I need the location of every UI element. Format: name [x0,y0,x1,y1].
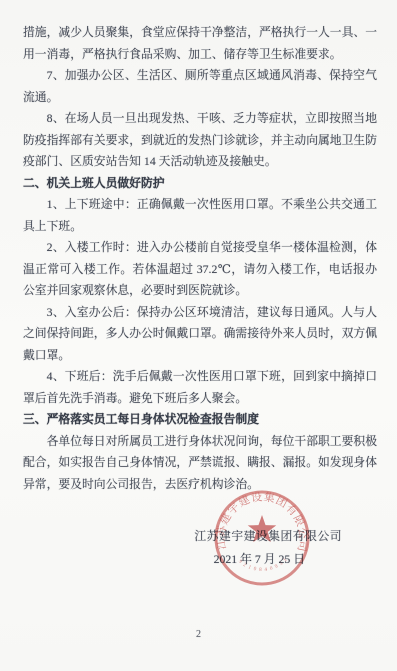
paragraph-item-1: 1、上下班途中：正确佩戴一次性医用口罩。不乘坐公共交通工具上下班。 [23,194,377,237]
paragraph-item-7: 7、加强办公区、生活区、厕所等重点区域通风消毒、保持空气流通。 [23,65,377,108]
paragraph-item-2: 2、入楼工作时：进入办公楼前自觉接受皇华一楼体温检测，体温正常可入楼工作。若体温… [23,237,377,302]
seal-code-holder: 9210840931 [237,557,289,573]
seal-code: 9210840931 [237,557,289,573]
paragraph-item-8: 8、在场人员一旦出现发热、干咳、乏力等症状，立即按照当地防疫指挥部有关要求，到就… [23,108,377,173]
paragraph-report-rule: 各单位每日对所属员工进行身体状况问询，每位干部职工要积极配合，如实报告自己身体情… [23,431,377,496]
signature-date: 2021 年 7 月 25 日 [23,549,377,571]
company-seal: 江苏建宇建设集团有限公司 9210840931 [212,488,312,588]
scanned-document-page: 措施，减少人员聚集，食堂应保持干净整洁，严格执行一人一具、一用一消毒，严格执行食… [0,0,397,671]
document-body: 措施，减少人员聚集，食堂应保持干净整洁，严格执行一人一具、一用一消毒，严格执行食… [0,0,397,571]
section-heading-2: 二、机关上班人员做好防护 [23,173,377,195]
seal-star-icon [248,515,277,542]
signature-block: 江苏建宇建设集团有限公司 2021 年 7 月 25 日 [23,526,377,571]
paragraph-item-3: 3、入室办公后：保持办公区环境清洁，建议每日通风。人与人之间保持间距，多人办公时… [23,302,377,367]
section-heading-3: 三、严格落实员工每日身体状况检查报告制度 [23,409,377,431]
paragraph-item-4: 4、下班后：洗手后佩戴一次性医用口罩下班，回到家中摘掉口罩后首先洗手消毒。避免下… [23,366,377,409]
signature-company: 江苏建宇建设集团有限公司 [23,526,377,548]
page-number: 2 [0,625,397,645]
paragraph-continuation: 措施，减少人员聚集，食堂应保持干净整洁，严格执行一人一具、一用一消毒，严格执行食… [23,22,377,65]
